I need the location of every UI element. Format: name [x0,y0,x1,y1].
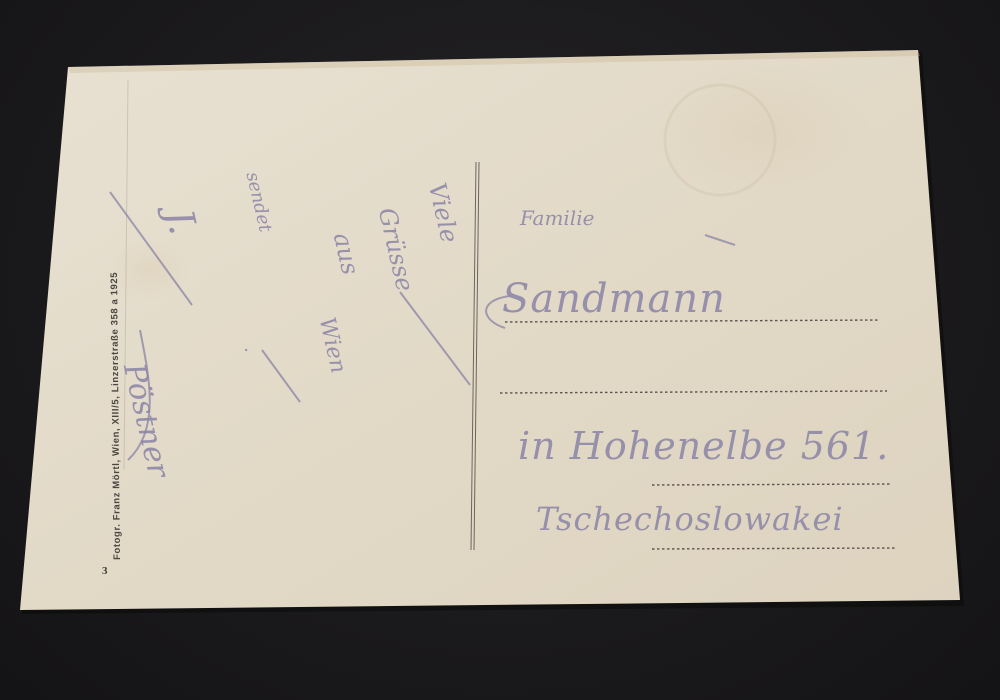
address-line-4: Tschechoslowakei [536,500,844,538]
address-line-1: Familie [520,206,594,230]
postcard-card [0,0,1000,700]
photo-scene: Fotogr. Franz Mörtl, Wien, XIII/5, Linze… [0,0,1000,700]
address-line-2: Sandmann [502,276,726,322]
address-line-3: in Hohenelbe 561. [518,424,889,468]
card-number: 3 [102,565,108,577]
